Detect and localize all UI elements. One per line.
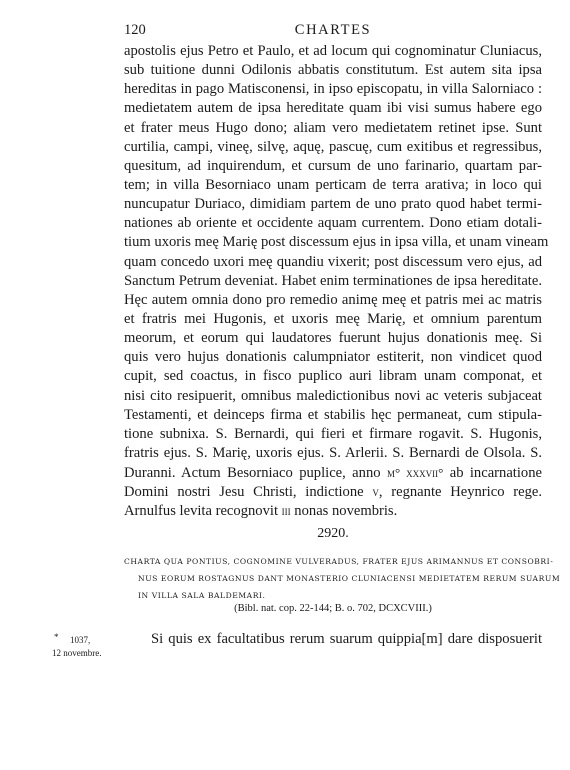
text-line: sub tuitione dunni Odilonis abbatis cons… (124, 61, 542, 80)
running-head: 120 CHARTES (124, 22, 542, 42)
text-line: apostolis ejus Petro et Paulo, et ad loc… (124, 42, 542, 61)
summary-line: IN VILLA SALA BALDEMARI. (138, 587, 541, 604)
text-line: nisi cito resipuerit, omnibus maledictio… (124, 387, 542, 406)
text-line: tium uxoris meę Marię post discessum eju… (124, 233, 542, 252)
source-citation: (Bibl. nat. cop. 22-144; B. o. 702, DCXC… (124, 603, 542, 614)
summary-line: NUS EORUM ROSTAGNUS DANT MONASTERIO CLUN… (138, 570, 541, 587)
text-line: nationes ab oriente et occidente aquam c… (124, 214, 542, 233)
text-line: Testamenti, et deinceps firma et stabili… (124, 406, 542, 425)
text-segment: ab incarnatione (443, 465, 542, 481)
text-segment: Domini nostri Jesu Christi, indictione (124, 484, 372, 500)
text-line: Arnulfus levita recognovit iii nonas nov… (124, 501, 542, 520)
text-line: Duranni. Actum Besorniaco puplice, anno … (124, 463, 542, 482)
text-line: curtilia, campi, vineę, silvę, aquę, pas… (124, 138, 542, 157)
date-small-caps: m° xxxvii° (387, 465, 443, 480)
charter-body-text: apostolis ejus Petro et Paulo, et ad loc… (124, 42, 542, 521)
running-title: CHARTES (124, 22, 542, 39)
text-segment: , regnante Heynrico rege. (379, 484, 542, 500)
text-line: nuncupatur Duriaco, dimidiam partem de u… (124, 195, 542, 214)
numeral-small-caps: iii (282, 503, 291, 518)
asterisk-mark: * (54, 631, 59, 644)
margin-date: * 1037, 12 novembre. (52, 634, 122, 660)
document-page: 120 CHARTES apostolis ejus Petro et Paul… (0, 0, 570, 770)
text-line: Hęc autem omnia dono pro remedio animę m… (124, 291, 542, 310)
text-line: Sanctum Petrum deveniat. Habet enim term… (124, 272, 542, 291)
text-line: hereditas in pago Matisconensi, in ipso … (124, 80, 542, 99)
text-segment: Duranni. Actum Besorniaco puplice, anno (124, 465, 387, 481)
charter-number: 2920. (124, 526, 542, 542)
text-segment: Arnulfus levita recognovit (124, 503, 282, 519)
charter-summary: CHARTA QUA PONTIUS, COGNOMINE VULVERADUS… (138, 553, 541, 604)
text-line: quesitum, ad inquirendum, et cursum de u… (124, 157, 542, 176)
text-line: meorum, et eorum qui laudatores fuerunt … (124, 329, 542, 348)
text-line: cupit, sed coactus, in fisco puplico aur… (124, 367, 542, 386)
summary-line: CHARTA QUA PONTIUS, COGNOMINE VULVERADUS… (124, 553, 541, 570)
text-line: Domini nostri Jesu Christi, indictione v… (124, 482, 542, 501)
text-line: fratris ejus. S. Marię, uxoris ejus. S. … (124, 444, 542, 463)
text-segment: nonas novembris. (291, 503, 398, 519)
margin-year: 1037, (52, 634, 122, 647)
text-line: tione subnixa. S. Bernardi, qui fieri et… (124, 425, 542, 444)
text-line: quis vero hujus donationis calumpniator … (124, 348, 542, 367)
charter-opening-line: Si quis ex facultatibus rerum suarum qui… (151, 630, 542, 649)
text-line: quam concedo uxori meę quandiu vixerit; … (124, 253, 542, 272)
text-line: et fratris mei Hugonis, et uxoris meę Ma… (124, 310, 542, 329)
text-line: medietatem autem de ipsa hereditate quam… (124, 99, 542, 118)
margin-day: 12 novembre. (52, 647, 122, 660)
text-line: et frater meus Hugo dono; aliam vero med… (124, 119, 542, 138)
text-line: tem; in villa Besorniaco unam perticam d… (124, 176, 542, 195)
